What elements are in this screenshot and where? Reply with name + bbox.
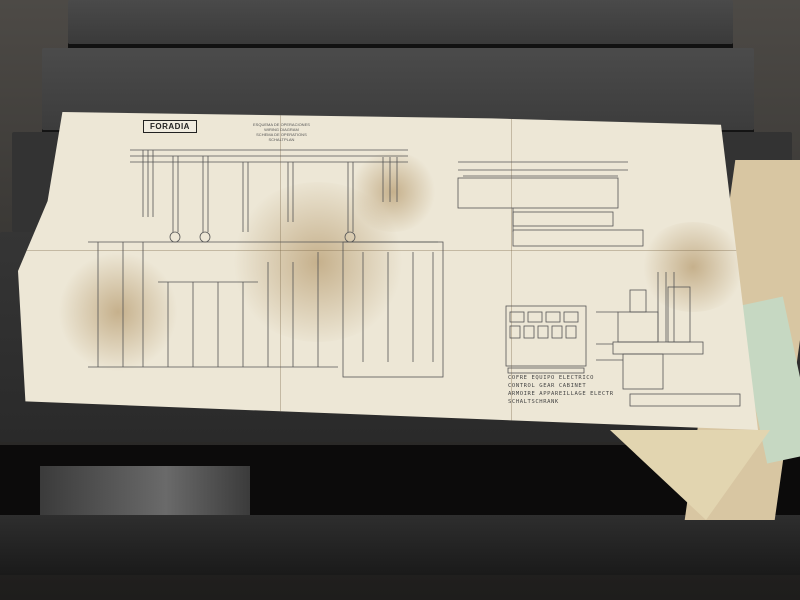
wiring-schematic-sheet: FORADIA ESQUEMA DE OPERACIONES WIRING DI… (18, 112, 758, 430)
machine-table-rail (0, 515, 800, 575)
caption-line-english: CONTROL GEAR CABINET (508, 382, 614, 390)
metal-block (40, 466, 250, 516)
machine-table-rail (68, 0, 733, 44)
photo-scene: FORADIA ESQUEMA DE OPERACIONES WIRING DI… (0, 0, 800, 600)
caption-line-spanish: COFRE EQUIPO ELECTRICO (508, 374, 614, 382)
caption-line-french: ARMOIRE APPAREILLAGE ELECTR (508, 390, 614, 398)
caption-line-german: SCHALTSCHRANK (508, 398, 614, 406)
drawing-caption: COFRE EQUIPO ELECTRICO CONTROL GEAR CABI… (508, 374, 614, 406)
circuit-diagram (18, 112, 758, 430)
